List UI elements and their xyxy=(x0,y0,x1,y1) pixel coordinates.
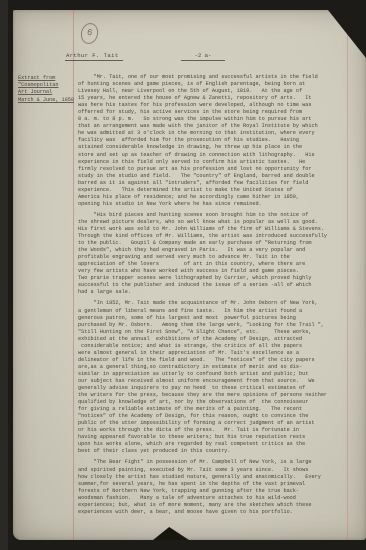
photo-background: 6 Arthur F. Tait-2 a- Extract from "Cosm… xyxy=(0,0,366,550)
paragraph: "His bird pieces and hunting scenes soon… xyxy=(78,212,360,297)
paragraph: "Mr. Tait, one of our most promising and… xyxy=(78,74,360,208)
torn-notch-bottom-edge xyxy=(153,527,189,540)
margin-note: Extract from "Cosmopolitan Art Journal M… xyxy=(18,75,74,104)
document-body: "Mr. Tait, one of our most promising and… xyxy=(78,74,360,520)
circled-page-number-annotation: 6 xyxy=(79,21,101,45)
document-page: 6 Arthur F. Tait-2 a- Extract from "Cosm… xyxy=(13,10,366,540)
page-number-label: -2 a- xyxy=(181,52,226,61)
margin-note-line: Art Journal xyxy=(18,89,74,96)
page-header: Arthur F. Tait-2 a- xyxy=(65,52,285,61)
margin-note-line: Extract from xyxy=(18,75,74,82)
paragraph: "The Bear Fight" in possession of Mr. Ca… xyxy=(78,459,360,515)
document-title: Arthur F. Tait xyxy=(65,52,123,61)
paragraph: "In 1852, Mr. Tait made the acquaintance… xyxy=(78,300,360,455)
margin-note-line: March & June, 1858 xyxy=(18,97,74,104)
margin-note-line: "Cosmopolitan xyxy=(18,82,74,89)
